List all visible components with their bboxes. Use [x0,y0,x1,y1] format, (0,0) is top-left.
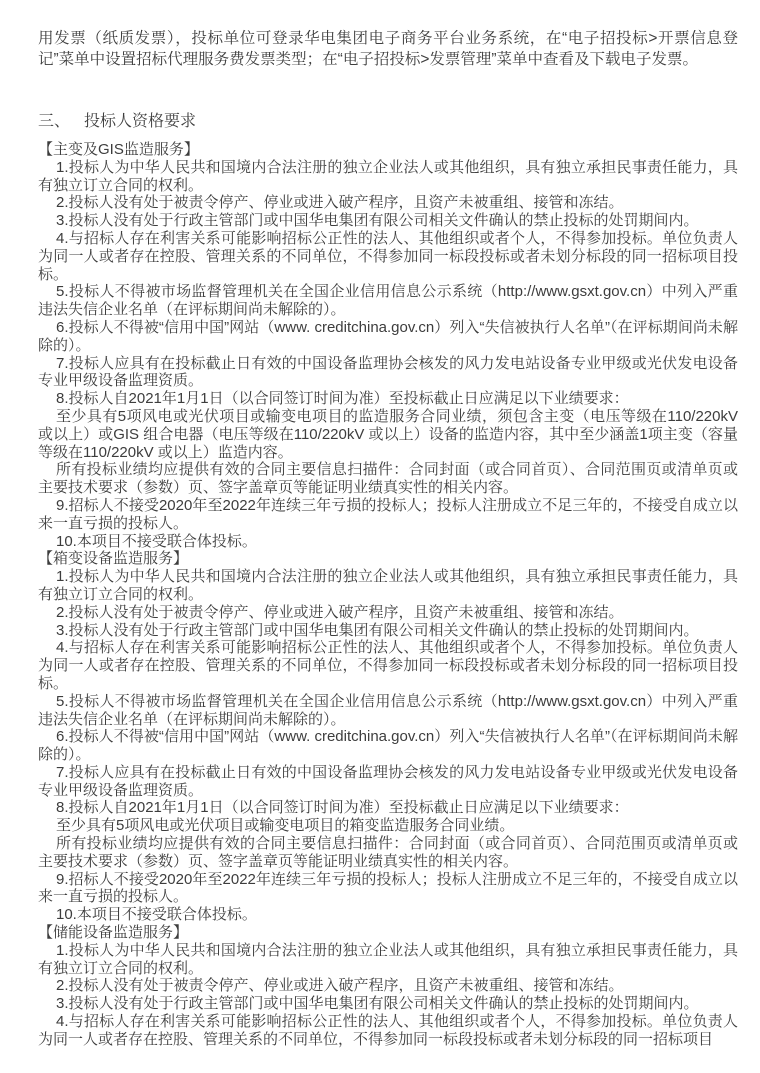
section-title-xiangbian: 【箱变设备监造服务】 [38,550,738,568]
requirement-item: 7.投标人应具有在投标截止日有效的中国设备监理协会核发的风力发电站设备专业甲级或… [38,764,738,800]
requirement-item: 1.投标人为中华人民共和国境内合法注册的独立企业法人或其他组织，具有独立承担民事… [38,568,738,604]
document-page: 用发票（纸质发票），投标单位可登录华电集团电子商务平台业务系统，在“电子招投标>… [0,0,760,1073]
intro-paragraph: 用发票（纸质发票），投标单位可登录华电集团电子商务平台业务系统，在“电子招投标>… [38,28,738,70]
requirement-item: 6.投标人不得被“信用中国”网站（www. creditchina.gov.cn… [38,319,738,355]
requirement-item: 7.投标人应具有在投标截止日有效的中国设备监理协会核发的风力发电站设备专业甲级或… [38,355,738,391]
requirement-subitem: 至少具有5项风电或光伏项目或输变电项目的监造服务合同业绩，须包含主变（电压等级在… [38,408,738,461]
section-heading: 三、投标人资格要求 [38,112,738,132]
requirement-item: 3.投标人没有处于行政主管部门或中国华电集团有限公司相关文件确认的禁止投标的处罚… [38,212,738,230]
requirement-item: 2.投标人没有处于被责令停产、停业或进入破产程序，且资产未被重组、接管和冻结。 [38,977,738,995]
requirement-item: 4.与招标人存在利害关系可能影响招标公正性的法人、其他组织或者个人，不得参加投标… [38,1013,738,1049]
requirement-item: 1.投标人为中华人民共和国境内合法注册的独立企业法人或其他组织，具有独立承担民事… [38,942,738,978]
requirement-item: 1.投标人为中华人民共和国境内合法注册的独立企业法人或其他组织，具有独立承担民事… [38,159,738,195]
heading-number: 三、 [38,112,70,132]
section-title-chuneng: 【储能设备监造服务】 [38,924,738,942]
heading-title: 投标人资格要求 [84,112,196,132]
requirement-item: 4.与招标人存在利害关系可能影响招标公正性的法人、其他组织或者个人，不得参加投标… [38,230,738,283]
section-title-zhubian-gis: 【主变及GIS监造服务】 [38,141,738,159]
requirement-item: 5.投标人不得被市场监督管理机关在全国企业信用信息公示系统（http://www… [38,283,738,319]
requirement-item: 10.本项目不接受联合体投标。 [38,906,738,924]
requirement-subitem: 所有投标业绩均应提供有效的合同主要信息扫描件：合同封面（或合同首页）、合同范围页… [38,461,738,497]
requirement-item: 6.投标人不得被“信用中国”网站（www. creditchina.gov.cn… [38,728,738,764]
requirement-item: 8.投标人自2021年1月1日（以合同签订时间为准）至投标截止日应满足以下业绩要… [38,799,738,817]
requirement-subitem: 所有投标业绩均应提供有效的合同主要信息扫描件：合同封面（或合同首页）、合同范围页… [38,835,738,871]
requirement-item: 4.与招标人存在利害关系可能影响招标公正性的法人、其他组织或者个人，不得参加投标… [38,639,738,692]
requirement-item: 3.投标人没有处于行政主管部门或中国华电集团有限公司相关文件确认的禁止投标的处罚… [38,995,738,1013]
requirement-item: 2.投标人没有处于被责令停产、停业或进入破产程序，且资产未被重组、接管和冻结。 [38,604,738,622]
requirement-subitem: 至少具有5项风电或光伏项目或输变电项目的箱变监造服务合同业绩。 [38,817,738,835]
requirement-item: 3.投标人没有处于行政主管部门或中国华电集团有限公司相关文件确认的禁止投标的处罚… [38,622,738,640]
requirement-item: 10.本项目不接受联合体投标。 [38,533,738,551]
requirement-item: 9.招标人不接受2020年至2022年连续三年亏损的投标人；投标人注册成立不足三… [38,497,738,533]
requirement-item: 9.招标人不接受2020年至2022年连续三年亏损的投标人；投标人注册成立不足三… [38,871,738,907]
requirement-item: 2.投标人没有处于被责令停产、停业或进入破产程序，且资产未被重组、接管和冻结。 [38,194,738,212]
requirement-item: 8.投标人自2021年1月1日（以合同签订时间为准）至投标截止日应满足以下业绩要… [38,390,738,408]
requirement-item: 5.投标人不得被市场监督管理机关在全国企业信用信息公示系统（http://www… [38,693,738,729]
